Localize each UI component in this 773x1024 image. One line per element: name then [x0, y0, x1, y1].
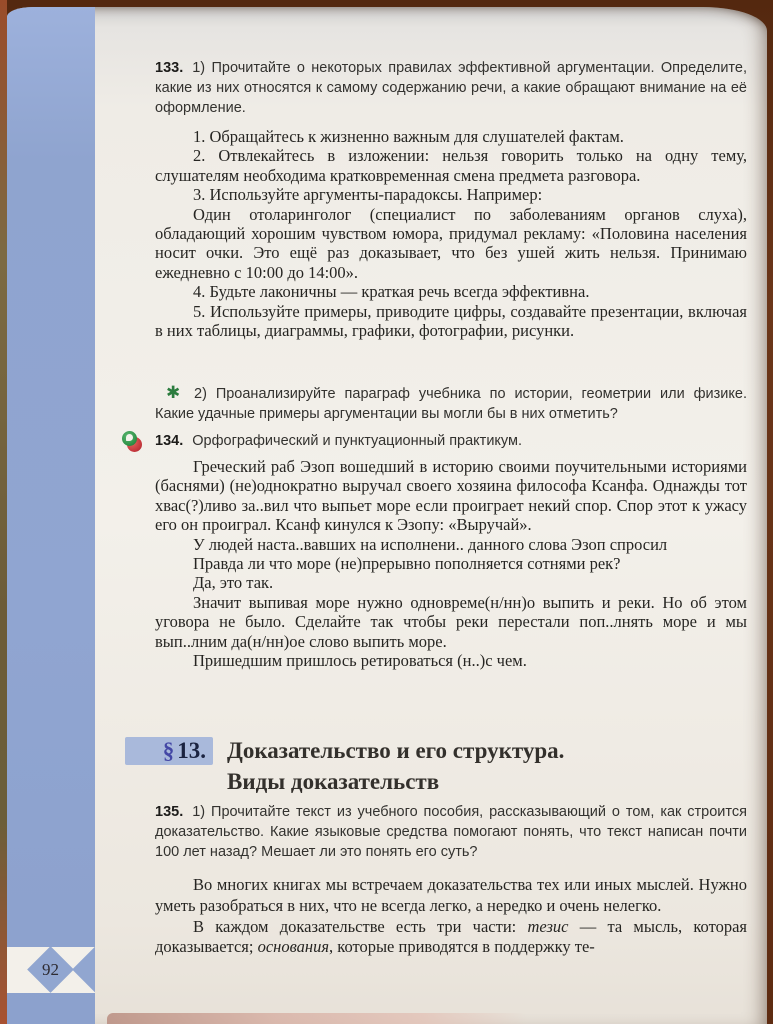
aesop-dialogue-2: Да, это так.: [155, 573, 747, 592]
page-number-band: 92: [7, 947, 95, 993]
page-number-diamond: 92: [27, 947, 74, 993]
textbook-photo: { "page_number": "92", "colors": { "side…: [0, 0, 773, 1024]
exercise-133-task-text: 1) Прочитайте о некоторых правилах эффек…: [155, 60, 747, 116]
proof-p2-plain-1: В каждом доказательстве есть три части:: [193, 917, 527, 936]
rule-item-4: 4. Будьте лаконичны — краткая речь всегд…: [155, 282, 747, 301]
orthography-practicum-icon: [122, 431, 144, 453]
proof-paragraph-2: В каждом доказательстве есть три части: …: [155, 917, 747, 959]
section-13-number: 13.: [177, 738, 206, 764]
exercise-133-rules: 1. Обращайтесь к жизненно важным для слу…: [155, 127, 747, 340]
exercise-134-number: 134.: [155, 433, 183, 449]
exercise-133-part2: ✱ 2) Проанализируйте параграф учебника п…: [155, 384, 747, 424]
exercise-134-text: Греческий раб Эзоп вошедший в историю св…: [155, 457, 747, 670]
orthography-icon-highlight: [126, 434, 133, 441]
exercise-134-task-text: Орфографический и пунктуационный практик…: [192, 433, 522, 449]
proof-p2-plain-3: , которые приводятся в поддержку те-: [329, 937, 595, 956]
exercise-133-part2-text: 2) Проанализируйте параграф учебника по …: [155, 386, 747, 422]
exercise-133-task: 133.1) Прочитайте о некоторых правилах э…: [155, 58, 747, 118]
section-13-title-line2: Виды доказательств: [227, 766, 564, 797]
rule-item-3: 3. Используйте аргументы-парадоксы. Напр…: [155, 185, 747, 204]
aesop-dialogue-4: Пришедшим пришлось ретироваться (н..)с ч…: [155, 651, 747, 670]
next-page-edge: [107, 1013, 527, 1024]
exercise-135-text: Во многих книгах мы встречаем доказатель…: [155, 875, 747, 958]
section-13-badge: § 13.: [125, 737, 213, 765]
exercise-135-number: 135.: [155, 804, 183, 820]
rule-item-2: 2. Отвлекайтесь в изложении: нельзя гово…: [155, 146, 747, 185]
exercise-133-number: 133.: [155, 60, 183, 76]
paragraph-sign: §: [163, 738, 175, 764]
aesop-dialogue-1: Правда ли что море (не)прерывно пополняе…: [155, 554, 747, 573]
rule-item-5: 5. Используйте примеры, приводите цифры,…: [155, 302, 747, 341]
exercise-134-task: 134.Орфографический и пунктуационный пра…: [155, 431, 747, 451]
proof-paragraph-1: Во многих книгах мы встречаем доказатель…: [155, 875, 747, 917]
section-13-title-line1: Доказательство и его структура.: [227, 735, 564, 766]
section-13-title: Доказательство и его структура. Виды док…: [227, 735, 564, 797]
margin-color-band: [7, 7, 95, 1024]
exercise-135-task: 135.1) Прочитайте текст из учебного посо…: [155, 802, 747, 862]
rule-item-1: 1. Обращайтесь к жизненно важным для слу…: [155, 127, 747, 146]
exercise-135-task-text: 1) Прочитайте текст из учебного пособия,…: [155, 804, 747, 860]
section-13-heading: § 13. Доказательство и его структура. Ви…: [125, 737, 564, 797]
proof-p2-term-grounds: основания: [258, 937, 329, 956]
asterisk-icon: ✱: [127, 385, 180, 402]
aesop-dialogue-3: Значит выпивая море нужно одновреме(н/нн…: [155, 593, 747, 651]
rule-example: Один отоларинголог (специалист по заболе…: [155, 205, 747, 283]
page-number: 92: [34, 953, 67, 986]
decorative-diamond: [72, 947, 95, 993]
proof-p2-term-thesis: тезис: [527, 917, 568, 936]
aesop-paragraph-2: У людей наста..вавших на исполнени.. дан…: [155, 535, 747, 554]
textbook-page: 92 133.1) Прочитайте о некоторых правила…: [7, 7, 767, 1024]
book-edge-strip: [0, 0, 7, 1024]
aesop-paragraph-1: Греческий раб Эзоп вошедший в историю св…: [155, 457, 747, 535]
